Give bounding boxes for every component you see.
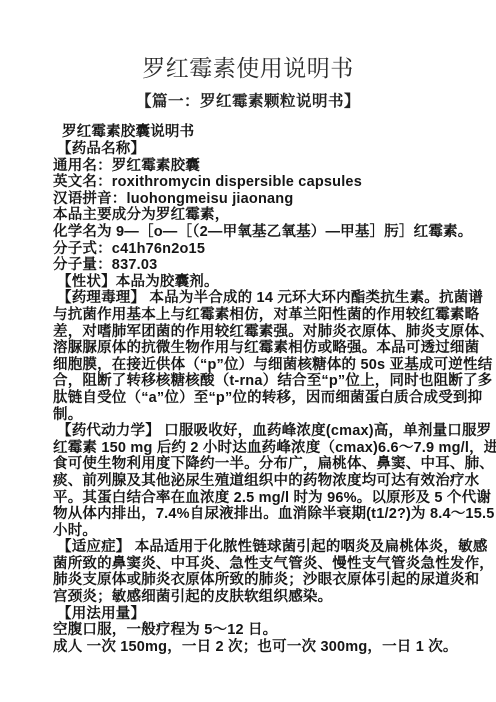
doc-line: 菌所致的鼻窦炎、中耳炎、急性支气管炎、慢性支气管炎急性发作，: [53, 556, 496, 573]
doc-line: 肽链自受位（“a”位）至“p”位的转移，因而细菌蛋白质合成受到抑: [53, 390, 496, 407]
doc-line: 本品主要成分为罗红霉素，: [53, 207, 496, 224]
doc-line: 英文名：roxithromycin dispersible capsules: [53, 174, 496, 191]
doc-line: 肺炎支原体或肺炎衣原体所致的肺炎；沙眼衣原体引起的尿道炎和: [53, 572, 496, 589]
doc-line: 差，对嗜肺军团菌的作用较红霉素强。对肺炎衣原体、肺炎支原体、: [53, 324, 496, 341]
document-page: 罗红霉素使用说明书 【篇一：罗红霉素颗粒说明书】 罗红霉素胶囊说明书【药品名称】…: [0, 0, 496, 702]
doc-line: 【适应症】 本品适用于化脓性链球菌引起的咽炎及扁桃体炎，敏感: [53, 539, 496, 556]
doc-line: 红霉素 150 mg 后约 2 小时达血药峰浓度（cmax)6.6～7.9 mg…: [53, 440, 496, 457]
doc-line: 痰、前列腺及其他泌尿生殖道组织中的药物浓度均可达有效治疗水: [53, 473, 496, 490]
doc-line: 【用法用量】: [53, 606, 496, 623]
page-title: 罗红霉素使用说明书: [0, 0, 496, 82]
doc-line: 与抗菌作用基本上与红霉素相仿，对革兰阳性菌的作用较红霉素略: [53, 307, 496, 324]
doc-line: 物从体内排出，7.4%自尿液排出。血消除半衰期(t1/2?)为 8.4～15.5: [53, 506, 496, 523]
doc-line: 空腹口服，一般疗程为 5～12 日。: [53, 622, 496, 639]
doc-line: 【药理毒理】 本品为半合成的 14 元环大环内酯类抗生素。抗菌谱: [53, 290, 496, 307]
doc-line: 分子量：837.03: [53, 257, 496, 274]
doc-line: 合，阻断了转移核糖核酸（t-rna）结合至“p”位上，同时也阻断了多: [53, 373, 496, 390]
doc-line: 通用名：罗红霉素胶囊: [53, 158, 496, 175]
doc-line: 制。: [53, 407, 496, 424]
doc-line: 【药代动力学】 口服吸收好，血药峰浓度(cmax)高，单剂量口服罗: [53, 423, 496, 440]
doc-line: 平。其蛋白结合率在血浓度 2.5 mg/l 时为 96%。以原形及 5 个代谢: [53, 490, 496, 507]
doc-line: 汉语拼音：luohongmeisu jiaonang: [53, 191, 496, 208]
doc-line: 罗红霉素胶囊说明书: [53, 124, 496, 141]
doc-line: 小时。: [53, 523, 496, 540]
doc-line: 成人 一次 150mg，一日 2 次；也可一次 300mg，一日 1 次。: [53, 639, 496, 656]
doc-line: 溶脲脲原体的抗微生物作用与红霉素相仿或略强。本品可透过细菌: [53, 340, 496, 357]
doc-line: 细胞膜，在接近供体（“p”位）与细菌核糖体的 50s 亚基成可逆性结: [53, 357, 496, 374]
doc-body: 罗红霉素胶囊说明书【药品名称】通用名：罗红霉素胶囊英文名：roxithromyc…: [53, 124, 496, 655]
section-heading: 【篇一：罗红霉素颗粒说明书】: [0, 89, 496, 111]
doc-line: 【药品名称】: [53, 141, 496, 158]
doc-line: 【性状】本品为胶囊剂。: [53, 274, 496, 291]
doc-line: 分子式：c41h76n2o15: [53, 241, 496, 258]
doc-line: 化学名为 9—［o—［（2—甲氧基乙氧基）—甲基］肟］红霉素。: [53, 224, 496, 241]
doc-line: 宫颈炎；敏感细菌引起的皮肤软组织感染。: [53, 589, 496, 606]
doc-line: 食可使生物利用度下降约一半。分布广，扁桃体、鼻窦、中耳、肺、: [53, 456, 496, 473]
